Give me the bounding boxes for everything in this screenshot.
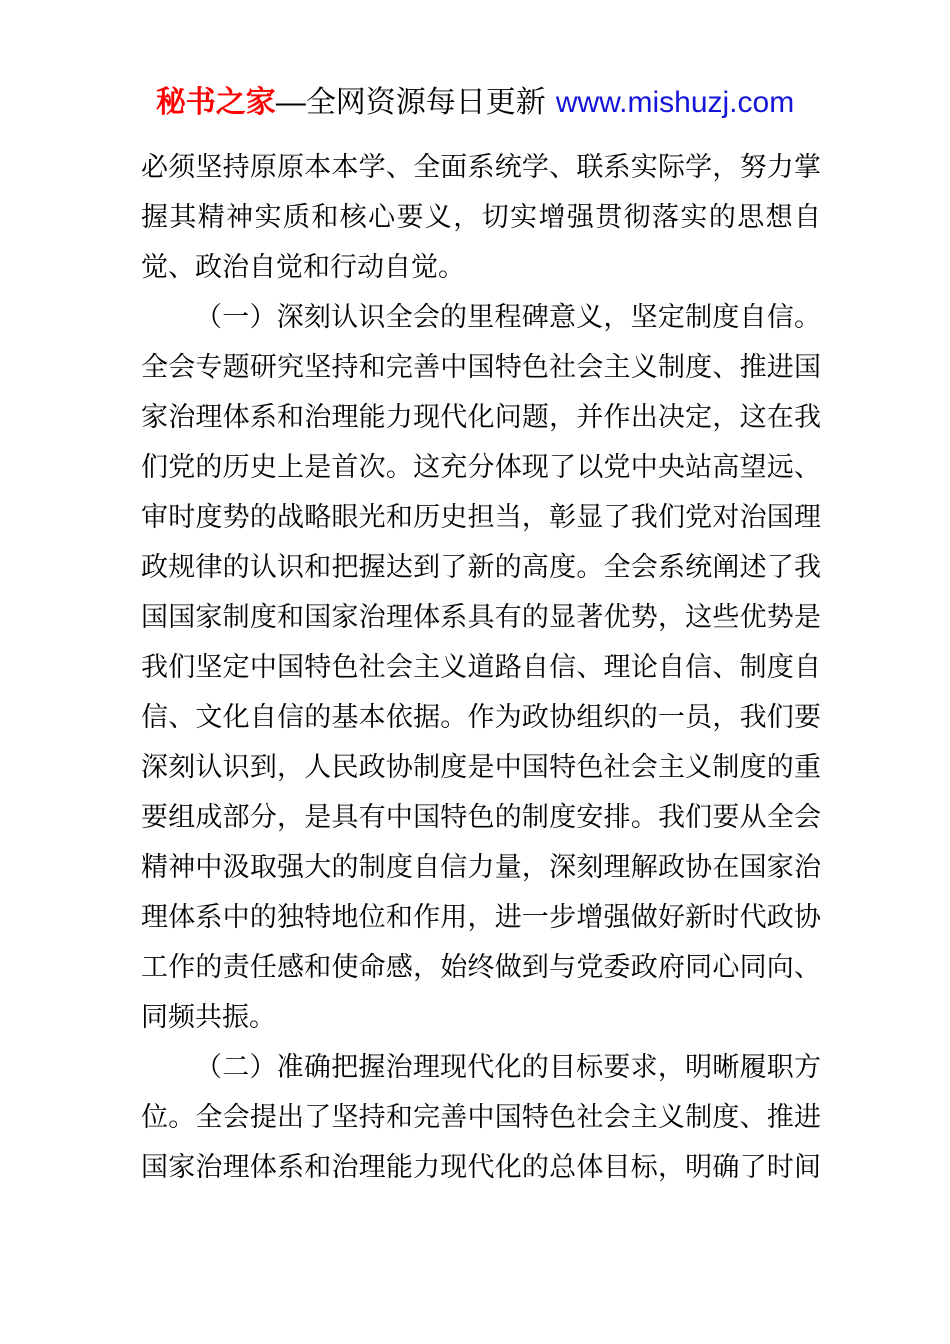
site-url-link[interactable]: www.mishuzj.com [556, 86, 794, 119]
text-line: 必须坚持原原本本学、全面系统学、联系实际学，努力掌 [141, 142, 821, 192]
text-line: 家治理体系和治理能力现代化问题，并作出决定，这在我 [141, 392, 821, 442]
text-line: 握其精神实质和核心要义，切实增强贯彻落实的思想自 [141, 192, 821, 242]
text-line: 国家治理体系和治理能力现代化的总体目标，明确了时间 [141, 1142, 821, 1192]
site-brand: 秘书之家 [156, 86, 276, 119]
text-line: 同频共振。 [141, 992, 821, 1042]
text-line: 们党的历史上是首次。这充分体现了以党中央站高望远、 [141, 442, 821, 492]
text-line: 信、文化自信的基本依据。作为政协组织的一员，我们要 [141, 692, 821, 742]
text-line: 位。全会提出了坚持和完善中国特色社会主义制度、推进 [141, 1092, 821, 1142]
text-line: 要组成部分，是具有中国特色的制度安排。我们要从全会 [141, 792, 821, 842]
text-line: 精神中汲取强大的制度自信力量，深刻理解政协在国家治 [141, 842, 821, 892]
document-page: 秘书之家—全网资源每日更新www.mishuzj.com 必须坚持原原本本学、全… [0, 0, 950, 1344]
text-line: 全会专题研究坚持和完善中国特色社会主义制度、推进国 [141, 342, 821, 392]
text-line: 工作的责任感和使命感，始终做到与党委政府同心同向、 [141, 942, 821, 992]
text-line: （二）准确把握治理现代化的目标要求，明晰履职方 [141, 1042, 821, 1092]
document-body: 必须坚持原原本本学、全面系统学、联系实际学，努力掌握其精神实质和核心要义，切实增… [141, 142, 821, 1192]
text-line: 审时度势的战略眼光和历史担当，彰显了我们党对治国理 [141, 492, 821, 542]
text-line: 深刻认识到，人民政协制度是中国特色社会主义制度的重 [141, 742, 821, 792]
text-line: 理体系中的独特地位和作用，进一步增强做好新时代政协 [141, 892, 821, 942]
text-line: 政规律的认识和把握达到了新的高度。全会系统阐述了我 [141, 542, 821, 592]
page-header: 秘书之家—全网资源每日更新www.mishuzj.com [0, 86, 950, 120]
text-line: 我们坚定中国特色社会主义道路自信、理论自信、制度自 [141, 642, 821, 692]
site-tagline: —全网资源每日更新 [276, 86, 546, 119]
text-line: 国国家制度和国家治理体系具有的显著优势，这些优势是 [141, 592, 821, 642]
text-line: （一）深刻认识全会的里程碑意义，坚定制度自信。 [141, 292, 821, 342]
text-line: 觉、政治自觉和行动自觉。 [141, 242, 821, 292]
